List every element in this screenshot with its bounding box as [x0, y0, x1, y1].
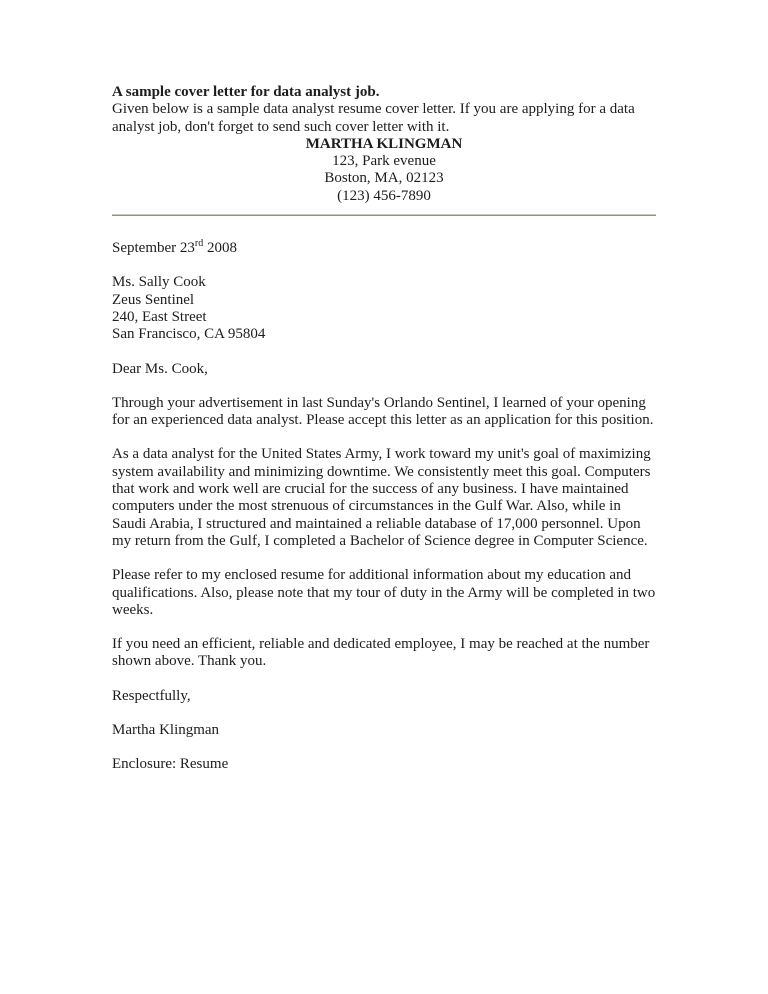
body-paragraph-4: If you need an efficient, reliable and d…	[112, 636, 656, 671]
salutation: Dear Ms. Cook,	[112, 361, 656, 378]
body-paragraph-2: As a data analyst for the United States …	[112, 446, 656, 550]
signature: Martha Klingman	[112, 722, 656, 739]
letterhead-address-line2: Boston, MA, 02123	[112, 170, 656, 187]
date-year-part: 2008	[203, 240, 237, 256]
letterhead: MARTHA KLINGMAN 123, Park evenue Boston,…	[112, 136, 656, 205]
divider-rule	[112, 214, 656, 216]
recipient-name: Ms. Sally Cook	[112, 274, 656, 291]
date-line: September 23rd 2008	[112, 240, 656, 257]
recipient-company: Zeus Sentinel	[112, 292, 656, 309]
recipient-address: Ms. Sally Cook Zeus Sentinel 240, East S…	[112, 274, 656, 343]
date-ordinal: rd	[195, 238, 203, 249]
date-day-part: September 23	[112, 240, 195, 256]
letterhead-name: MARTHA KLINGMAN	[112, 136, 656, 153]
letter-content: A sample cover letter for data analyst j…	[0, 0, 768, 774]
body-paragraph-1: Through your advertisement in last Sunda…	[112, 395, 656, 430]
intro-text: Given below is a sample data analyst res…	[112, 101, 656, 136]
letterhead-address-line1: 123, Park evenue	[112, 153, 656, 170]
body-paragraph-3: Please refer to my enclosed resume for a…	[112, 567, 656, 619]
enclosure-note: Enclosure: Resume	[112, 756, 656, 773]
intro-heading: A sample cover letter for data analyst j…	[112, 84, 656, 101]
recipient-street: 240, East Street	[112, 309, 656, 326]
letter-page: A sample cover letter for data analyst j…	[0, 0, 768, 994]
closing: Respectfully,	[112, 688, 656, 705]
recipient-city: San Francisco, CA 95804	[112, 326, 656, 343]
letterhead-phone: (123) 456-7890	[112, 188, 656, 205]
